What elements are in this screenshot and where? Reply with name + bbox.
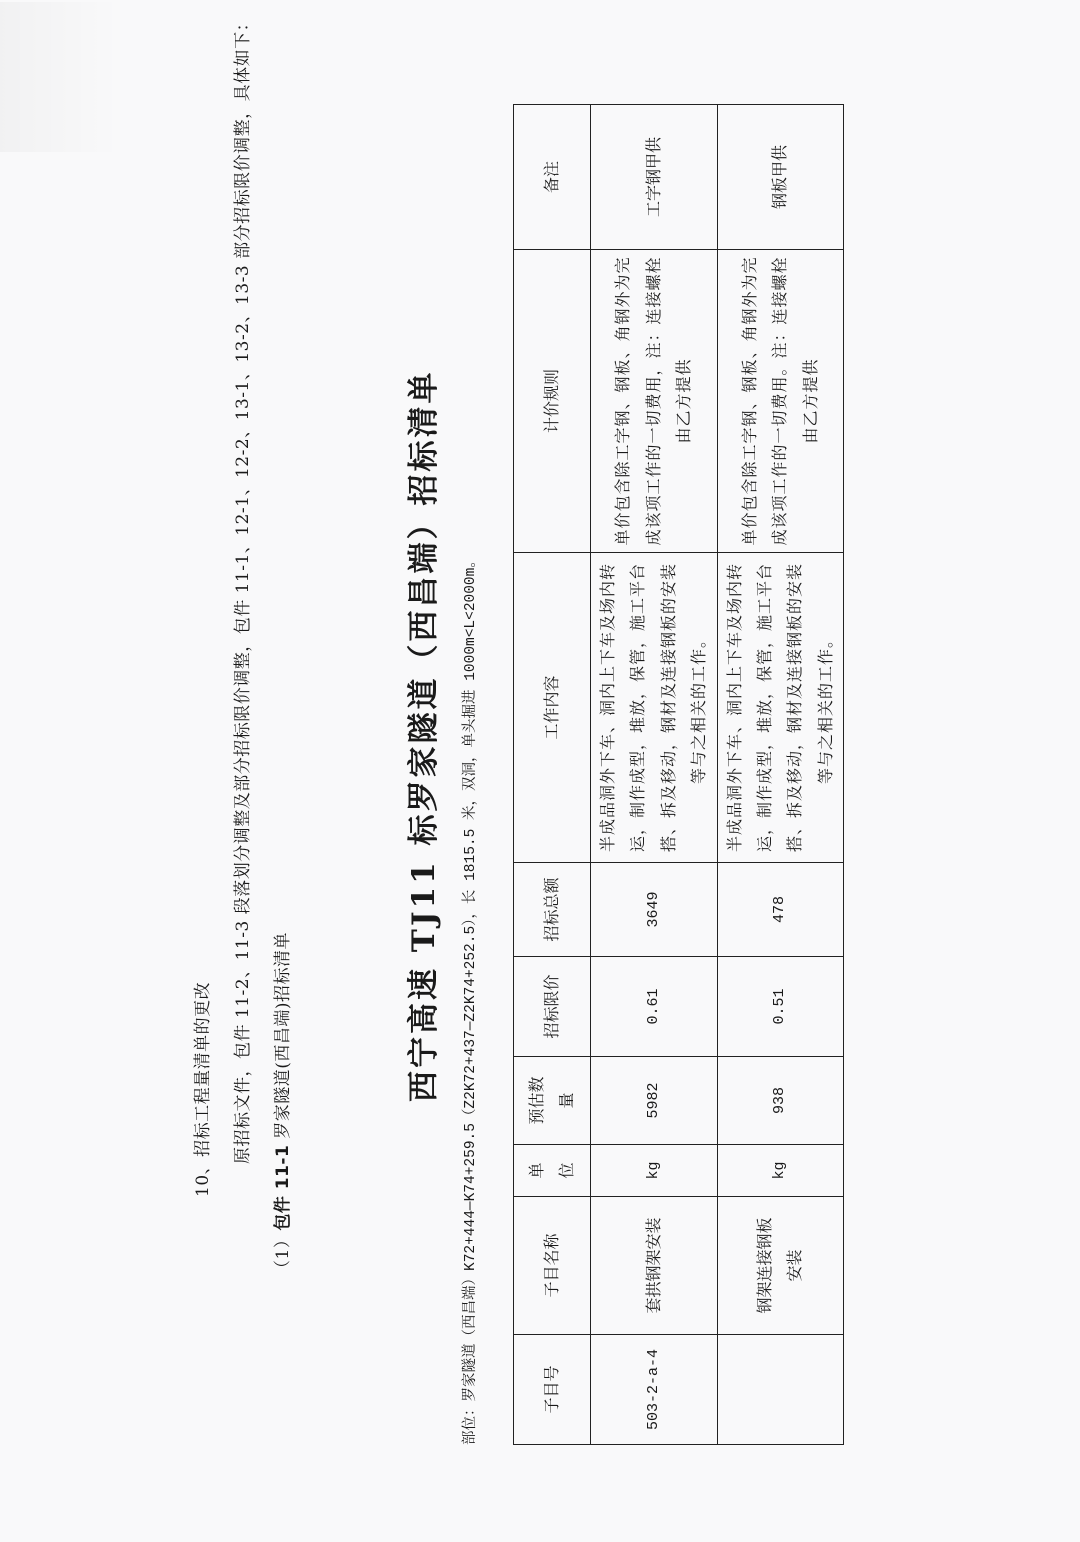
table-header-row: 子目号 子目名称 单位 预估数量 招标限价 招标总额 工作内容 计价规则 备注 xyxy=(514,105,591,1445)
cell-est-qty: 5982 xyxy=(591,1057,718,1145)
header-unit: 单位 xyxy=(514,1145,591,1197)
cell-pricing-rule: 单价包含除工字钢、钢板、角钢外为完成该项工作的一切费用。注：连接螺栓由乙方提供 xyxy=(717,250,844,553)
cell-total: 478 xyxy=(717,863,844,957)
cell-pricing-rule: 单价包含除工字钢、钢板、角钢外为完成该项工作的一切费用，注：连接螺栓由乙方提供 xyxy=(591,250,718,553)
cell-item-no xyxy=(717,1335,844,1445)
cell-total: 3649 xyxy=(591,863,718,957)
header-total: 招标总额 xyxy=(514,863,591,957)
header-item-no: 子目号 xyxy=(514,1335,591,1445)
scanned-document-page: 10、招标工程量清单的更改 原招标文件，包件 11-2、11-3 段落划分调整及… xyxy=(0,0,1080,1542)
cell-item-name: 钢架连接钢板安装 xyxy=(717,1197,844,1335)
cell-unit: kg xyxy=(591,1145,718,1197)
header-pricing: 计价规则 xyxy=(514,250,591,553)
cell-limit-price: 0.51 xyxy=(717,957,844,1057)
subsection-prefix: （1） xyxy=(273,1231,293,1277)
cell-work-content: 半成品洞外下车、洞内上下车及场内转运，制作成型，堆放，保管，施工平台搭、拆及移动… xyxy=(591,553,718,863)
header-est-qty: 预估数量 xyxy=(514,1057,591,1145)
header-item-name: 子目名称 xyxy=(514,1197,591,1335)
cell-remarks: 钢板甲供 xyxy=(717,105,844,250)
cell-item-name: 套拱钢架安装 xyxy=(591,1197,718,1335)
cell-item-no: 503-2-a-4 xyxy=(591,1335,718,1445)
location-line: 部位：罗家隧道（西昌端）K72+444—K74+259.5（Z2K72+437—… xyxy=(458,553,479,1445)
cell-limit-price: 0.61 xyxy=(591,957,718,1057)
cell-remarks: 工字钢甲供 xyxy=(591,105,718,250)
cell-est-qty: 938 xyxy=(717,1057,844,1145)
section-heading: 10、招标工程量清单的更改 xyxy=(188,982,213,1197)
subsection-rest: 罗家隧道(西昌端)招标清单 xyxy=(273,932,293,1145)
subsection-package: 包件 11-1 xyxy=(273,1145,293,1231)
cell-unit: kg xyxy=(717,1145,844,1197)
cell-work-content: 半成品洞外下车、洞内上下车及场内转运，制作成型，堆放，保管，施工平台搭、拆及移动… xyxy=(717,553,844,863)
header-limit-price: 招标限价 xyxy=(514,957,591,1057)
intro-paragraph: 原招标文件，包件 11-2、11-3 段落划分调整及部分招标限价调整，包件 11… xyxy=(228,14,253,1164)
header-remarks: 备注 xyxy=(514,105,591,250)
scan-artifact xyxy=(0,2,120,152)
table-row: 503-2-a-4 套拱钢架安装 kg 5982 0.61 3649 半成品洞外… xyxy=(591,105,718,1445)
document-title: 西宁高速 TJ11 标罗家隧道（西昌端）招标清单 xyxy=(398,402,443,1102)
header-work: 工作内容 xyxy=(514,553,591,863)
subsection-heading: （1）包件 11-1 罗家隧道(西昌端)招标清单 xyxy=(268,932,293,1277)
table-row: 钢架连接钢板安装 kg 938 0.51 478 半成品洞外下车、洞内上下车及场… xyxy=(717,105,844,1445)
bill-of-quantities-table: 子目号 子目名称 单位 预估数量 招标限价 招标总额 工作内容 计价规则 备注 … xyxy=(513,104,844,1445)
